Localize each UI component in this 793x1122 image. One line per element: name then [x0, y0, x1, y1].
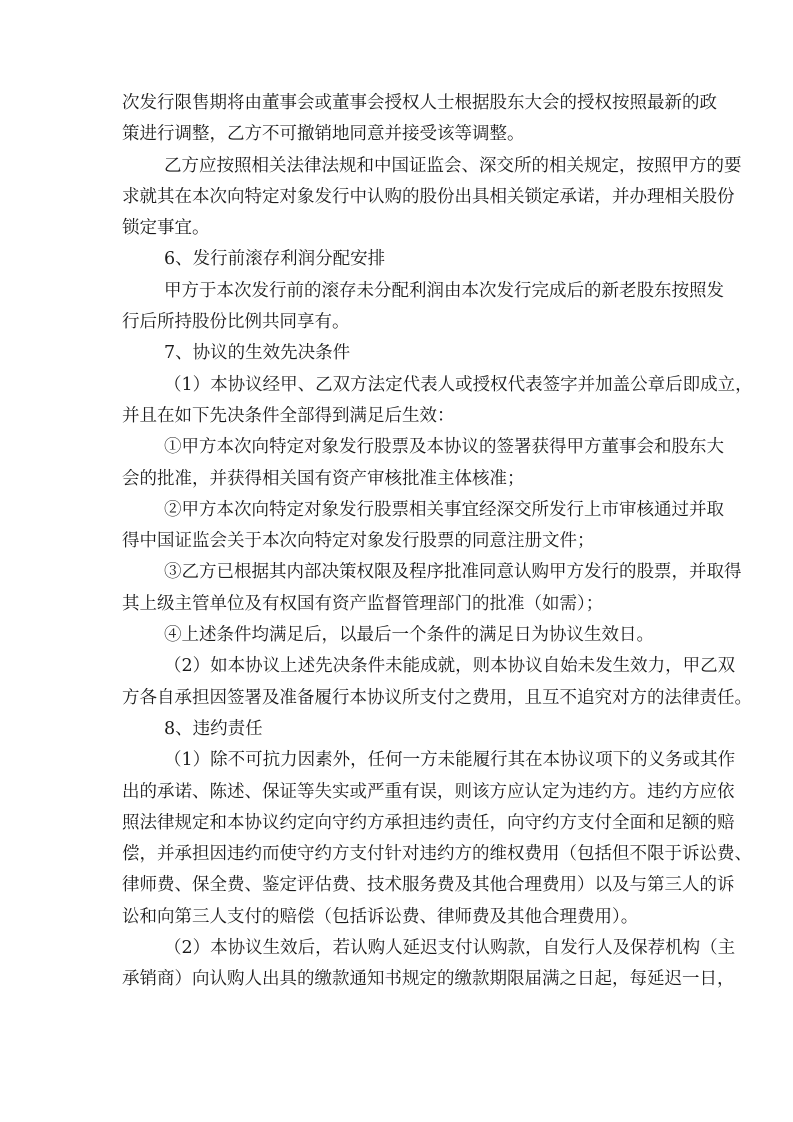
text-line: 讼和向第三人支付的赔偿（包括诉讼费、律师费及其他合理费用）。	[122, 902, 673, 933]
text-line: 行后所持股份比例共同享有。	[122, 307, 673, 338]
text-line: （1）本协议经甲、乙双方法定代表人或授权代表签字并加盖公章后即成立，	[122, 370, 673, 401]
text-line: 照法律规定和本协议约定向守约方承担违约责任，向守约方支付全面和足额的赔	[122, 808, 673, 839]
text-line: （1）除不可抗力因素外，任何一方未能履行其在本协议项下的义务或其作	[122, 745, 673, 776]
text-line: ①甲方本次向特定对象发行股票及本协议的签署获得甲方董事会和股东大	[122, 432, 673, 463]
text-line: 律师费、保全费、鉴定评估费、技术服务费及其他合理费用）以及与第三人的诉	[122, 870, 673, 901]
text-line: 次发行限售期将由董事会或董事会授权人士根据股东大会的授权按照最新的政	[122, 88, 673, 119]
text-line: ②甲方本次向特定对象发行股票相关事宜经深交所发行上市审核通过并取	[122, 495, 673, 526]
text-line: 会的批准，并获得相关国有资产审核批准主体核准；	[122, 464, 673, 495]
text-line: 偿，并承担因违约而使守约方支付针对违约方的维权费用（包括但不限于诉讼费、	[122, 839, 673, 870]
text-line: ④上述条件均满足后，以最后一个条件的满足日为协议生效日。	[122, 620, 673, 651]
section-heading: 8、违约责任	[122, 714, 673, 745]
text-line: ③乙方已根据其内部决策权限及程序批准同意认购甲方发行的股票，并取得	[122, 557, 673, 588]
document-page: 次发行限售期将由董事会或董事会授权人士根据股东大会的授权按照最新的政 策进行调整…	[0, 0, 793, 1122]
text-line: 并且在如下先决条件全部得到满足后生效：	[122, 401, 673, 432]
text-line: 得中国证监会关于本次向特定对象发行股票的同意注册文件；	[122, 526, 673, 557]
text-line: 甲方于本次发行前的滚存未分配利润由本次发行完成后的新老股东按照发	[122, 276, 673, 307]
section-heading: 6、发行前滚存利润分配安排	[122, 244, 673, 275]
text-line: 锁定事宜。	[122, 213, 673, 244]
section-heading: 7、协议的生效先决条件	[122, 338, 673, 369]
text-line: 方各自承担因签署及准备履行本协议所支付之费用，且互不追究对方的法律责任。	[122, 683, 673, 714]
text-line: （2）如本协议上述先决条件未能成就，则本协议自始未发生效力，甲乙双	[122, 651, 673, 682]
text-line: 其上级主管单位及有权国有资产监督管理部门的批准（如需）；	[122, 589, 673, 620]
text-line: 承销商）向认购人出具的缴款通知书规定的缴款期限届满之日起，每延迟一日，	[122, 964, 673, 995]
text-line: 出的承诺、陈述、保证等失实或严重有误，则该方应认定为违约方。违约方应依	[122, 777, 673, 808]
document-body: 次发行限售期将由董事会或董事会授权人士根据股东大会的授权按照最新的政 策进行调整…	[122, 88, 673, 996]
text-line: 乙方应按照相关法律法规和中国证监会、深交所的相关规定，按照甲方的要	[122, 151, 673, 182]
text-line: 策进行调整，乙方不可撤销地同意并接受该等调整。	[122, 119, 673, 150]
text-line: （2）本协议生效后，若认购人延迟支付认购款，自发行人及保荐机构（主	[122, 933, 673, 964]
text-line: 求就其在本次向特定对象发行中认购的股份出具相关锁定承诺，并办理相关股份	[122, 182, 673, 213]
